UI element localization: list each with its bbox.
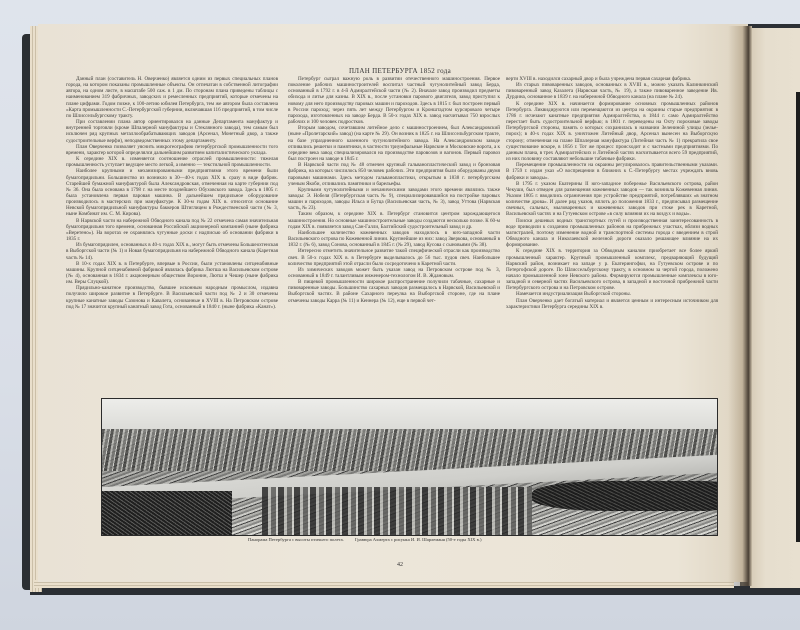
paragraph: Петербург сыграл важную роль в развитии …	[288, 76, 500, 125]
paragraph: Перемещение промышленности на окраины ре…	[506, 162, 718, 180]
paragraph: План Оверченко позволяет уяснить микроге…	[66, 144, 278, 156]
paragraph: Вторым заводом, сочетавшим литейное дело…	[288, 125, 500, 162]
engraving-island-right	[532, 481, 718, 511]
caption-credit: Гравюра Ахмерта с рисунка И. И. Шарлеман…	[355, 537, 481, 542]
book-spine-gutter	[728, 26, 752, 586]
paragraph: В Нарвской части на набережной Обводного…	[66, 218, 278, 243]
paragraph: В 1795 г. указом Екатерины II юго-западн…	[506, 181, 718, 218]
page-title: ПЛАН ПЕТЕРБУРГА 1852 года	[300, 67, 500, 75]
paragraph: В 10-х годах XIX в. в Петербурге, впервы…	[66, 261, 278, 286]
paragraph: К середине XIX в. изменяется соотношение…	[66, 156, 278, 168]
paragraph: Крупными чугунолитейными и механическими…	[288, 187, 500, 212]
text-column-2: Петербург сыграл важную роль в развитии …	[288, 76, 500, 304]
text-column-1: Данный план (составитель Н. Оверченко) я…	[66, 76, 278, 310]
paragraph: Данный план (составитель Н. Оверченко) я…	[66, 76, 278, 119]
paragraph: К середине XIX в. территория за Обводным…	[506, 248, 718, 291]
illustration-caption: Панорама Петербурга с высоты птичьего по…	[248, 537, 718, 542]
paragraph: Таким образом, к середине XIX в. Петербу…	[288, 211, 500, 229]
page-number: 42	[390, 562, 410, 568]
paragraph: Из старых пивоваренных заводов, основанн…	[506, 82, 718, 100]
book-page-right	[750, 28, 800, 588]
paragraph: В Нарвской части под № 48 отмечен крупны…	[288, 162, 500, 187]
paragraph: В пищевой промышленности широкое распрос…	[288, 279, 500, 304]
paragraph: План Оверченко дает богатый материал и я…	[506, 298, 718, 310]
text-column-3: верти XVIII в. находился сахарный двор и…	[506, 76, 718, 310]
facing-page-illustration-edge	[796, 92, 800, 542]
engraving-sky	[102, 399, 717, 429]
caption-title: Панорама Петербурга с высоты птичьего по…	[248, 537, 344, 542]
paragraph: Из бумагопрядилен, основанных в 40-х год…	[66, 242, 278, 260]
paragraph: Из химических заводов может быть указан …	[288, 267, 500, 279]
engraving-foreground-buildings-left	[102, 491, 232, 536]
paragraph: При составлении плана автор ориентировал…	[66, 119, 278, 144]
paragraph: Наибольшее количество кожевенных заводов…	[288, 230, 500, 248]
panorama-engraving-illustration	[101, 398, 718, 536]
paragraph: Прядильно-канатное производство, бывшее …	[66, 285, 278, 310]
paragraph: К середине XIX в. начинается формировани…	[506, 101, 718, 163]
paragraph: Наиболее крупными и механизированными пр…	[66, 168, 278, 217]
paragraph: Интересно отметить значительное развитие…	[288, 248, 500, 266]
paragraph: Поиски дешевых водных транспортных путей…	[506, 218, 718, 249]
engraving-city-blocks	[262, 487, 532, 536]
